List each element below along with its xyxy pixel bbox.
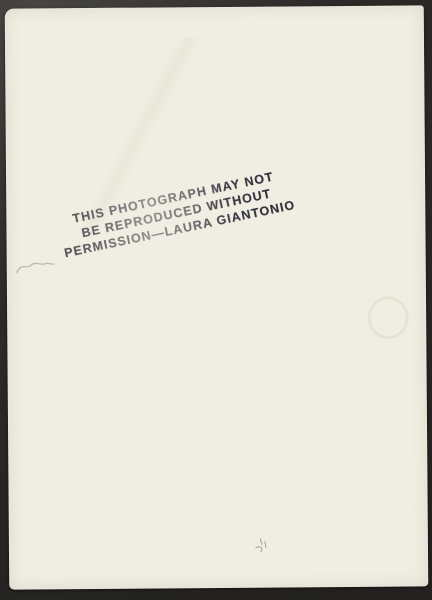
scanner-background: THIS PHOTOGRAPH MAY NOT BE REPRODUCED WI… (0, 0, 432, 600)
copyright-stamp: THIS PHOTOGRAPH MAY NOT BE REPRODUCED WI… (48, 164, 304, 263)
pencil-scribble-mark (251, 536, 273, 558)
photo-verso: THIS PHOTOGRAPH MAY NOT BE REPRODUCED WI… (5, 5, 429, 589)
pencil-squiggle-mark (14, 255, 58, 279)
ring-impression-mark (368, 296, 408, 338)
